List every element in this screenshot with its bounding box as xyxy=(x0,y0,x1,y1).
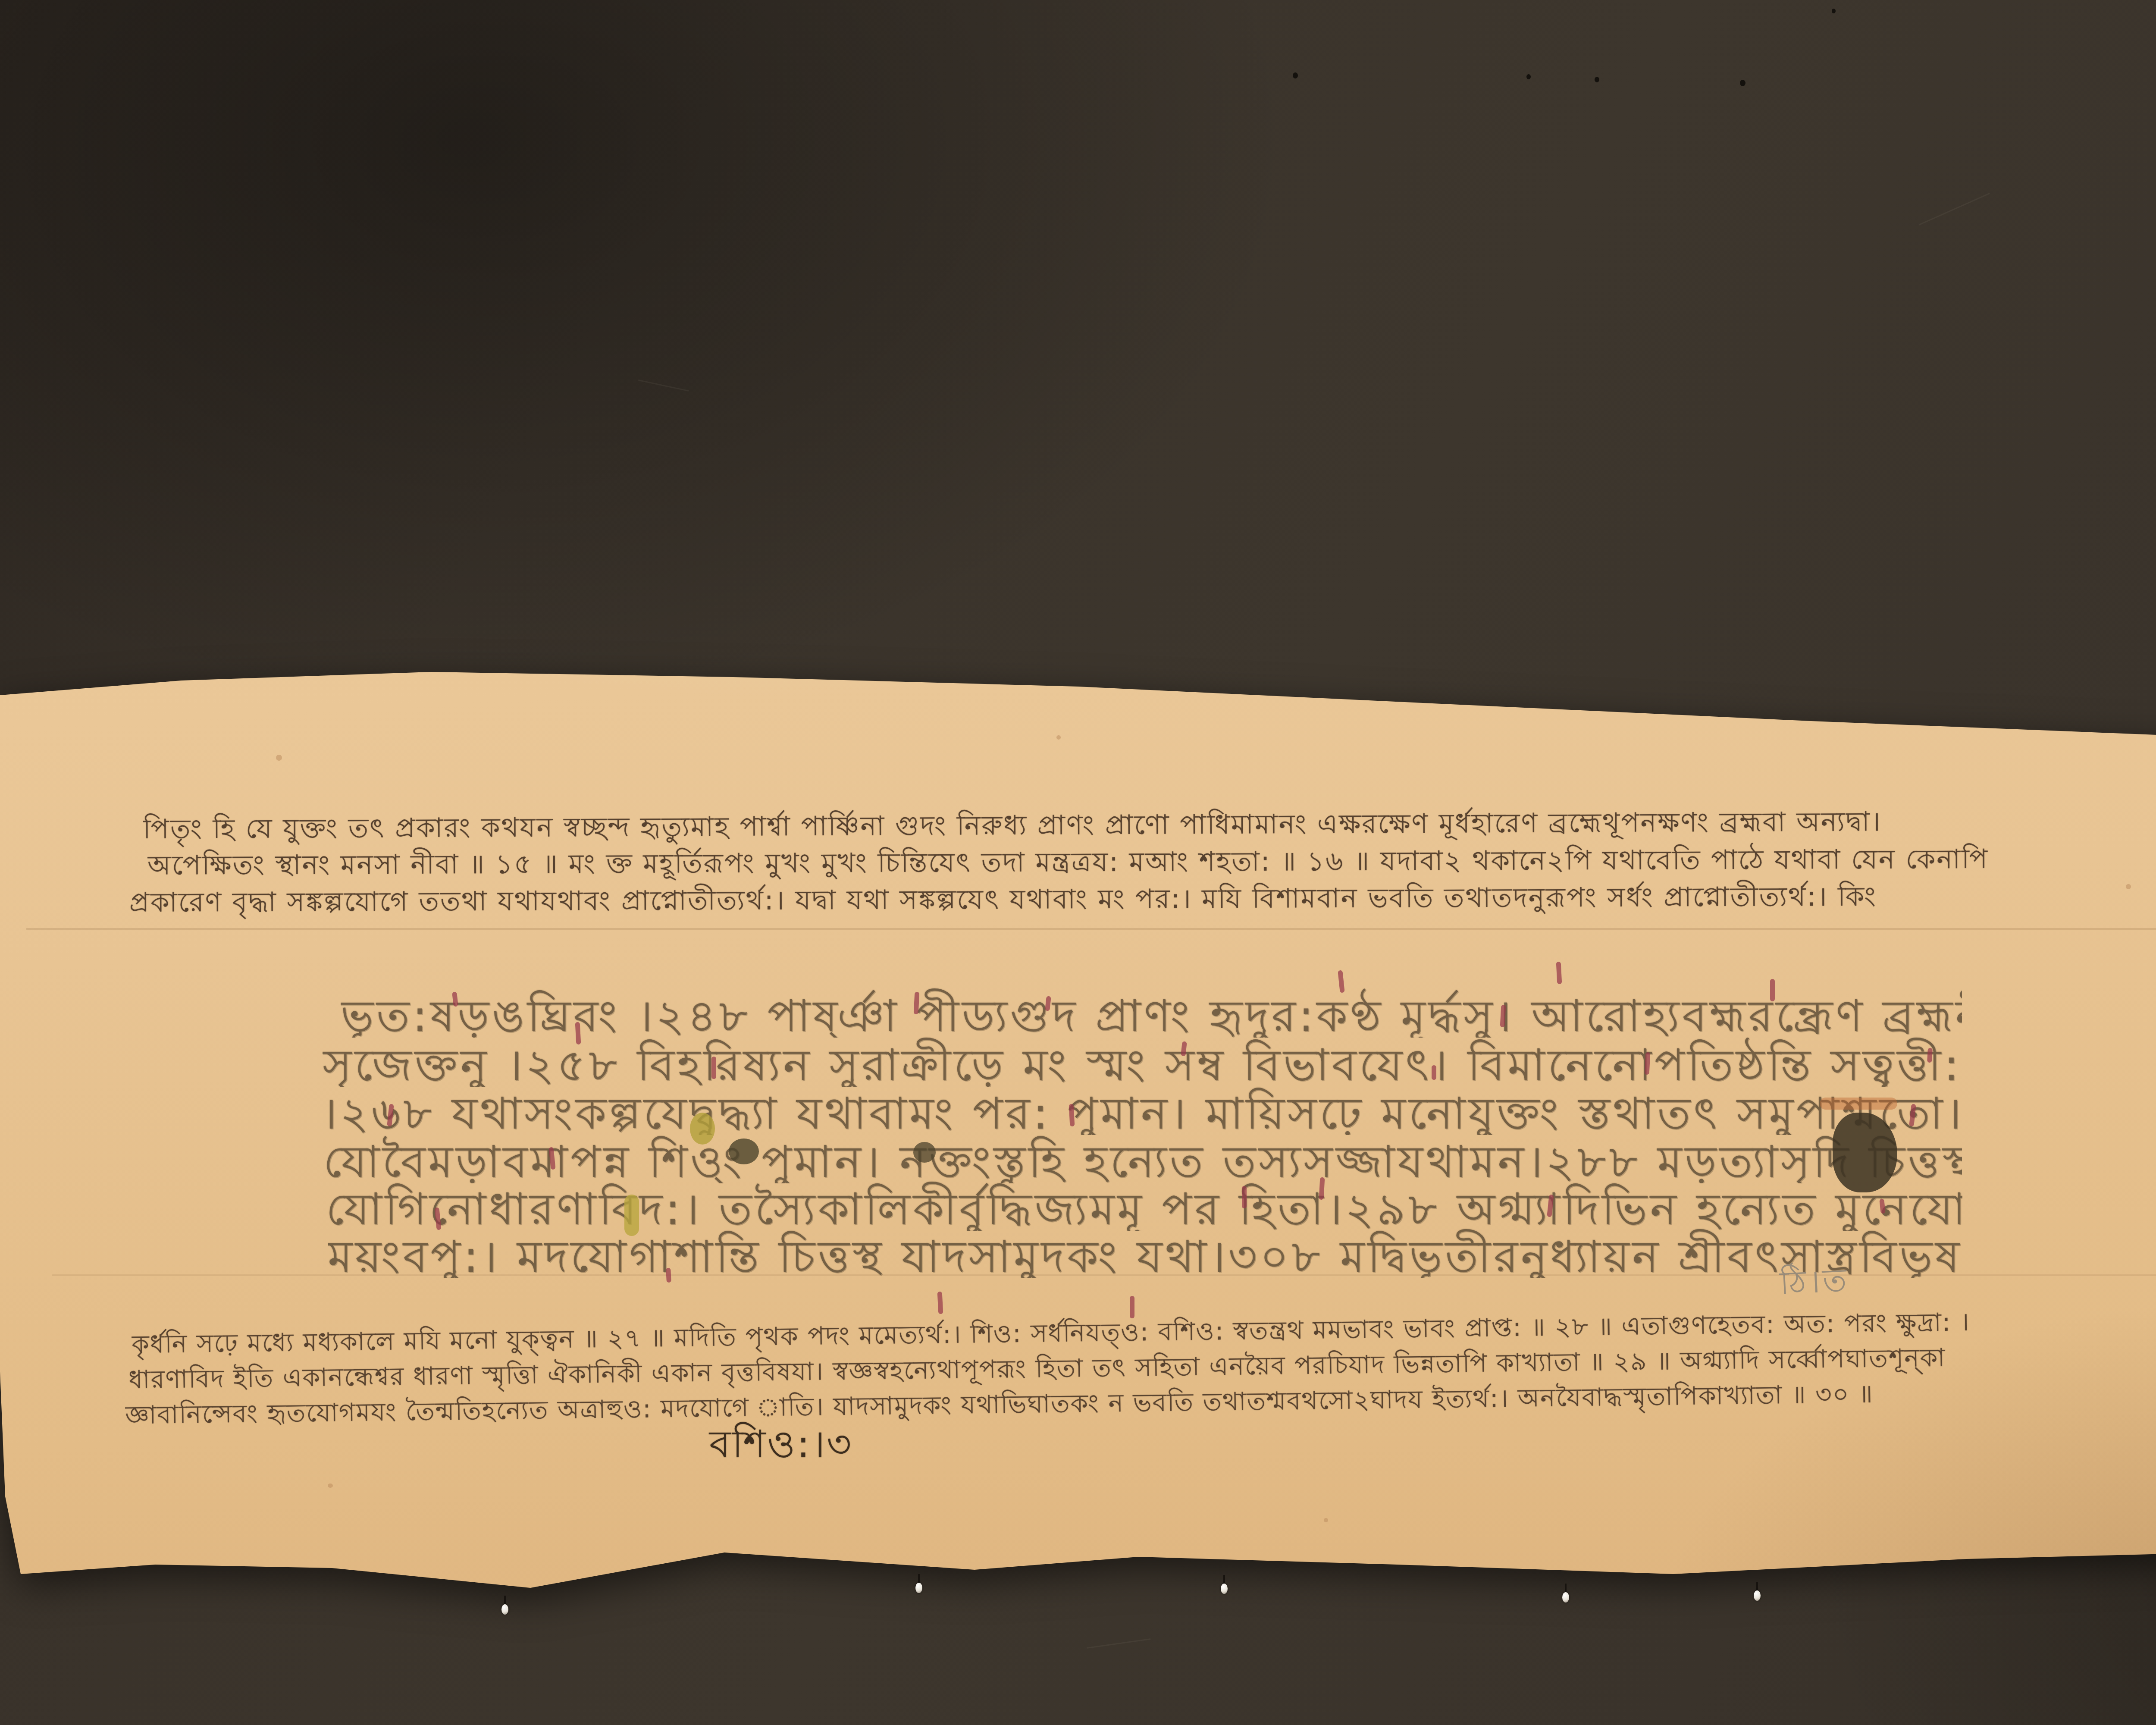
pin-speck xyxy=(501,1596,509,1615)
red-ink-mark xyxy=(1432,1065,1436,1080)
foxing-spot xyxy=(1324,1518,1328,1522)
red-ink-mark xyxy=(1556,962,1562,985)
pin-head xyxy=(1754,1590,1761,1601)
text-line: প্রকারেণ বৃদ্ধা সঙ্কল্পযোগে ততথা যথাযথাব… xyxy=(129,875,2070,922)
pin-speck xyxy=(915,1574,923,1594)
yellow-pigment-blob xyxy=(624,1195,639,1236)
pin-head xyxy=(1221,1584,1228,1594)
text-line: যোবৈমড়াবমাপন্ন শিও্ং পুমান। নক্তংস্তুহি… xyxy=(323,1128,1962,1183)
text-line: সৃজেক্তনু ।২৫৮ বিহরিষ্যন সুরাক্রীড়ে মং … xyxy=(323,1032,1961,1087)
yellow-pigment-blob xyxy=(690,1113,715,1145)
pin-head xyxy=(501,1604,508,1615)
orange-smudge xyxy=(1820,1098,1897,1110)
dark-ink-blot xyxy=(729,1138,759,1164)
text-line: ভূত:ষড়ঙঘ্রিবং ।২৪৮ পার্ষ্ঞা পীড্যগুদ প্… xyxy=(341,982,1962,1038)
red-ink-mark xyxy=(1770,979,1775,1001)
foxing-spot xyxy=(2126,884,2131,889)
text-line: ।২৬৮ যথাসংকল্পযেদ্বুদ্ধ্যা যথাবামং পর: প… xyxy=(321,1080,1962,1135)
pin-speck xyxy=(1753,1582,1761,1602)
text-line: যোগিনোধারণাবিদ:। তস্যৈকালিকীর্বুদ্ধিজ্যম… xyxy=(326,1176,1962,1231)
text-line: ময়ংবপু:। মদযোগাশান্তি চিত্তস্থ যাদসামুদ… xyxy=(328,1223,1962,1278)
red-ink-mark xyxy=(937,1292,943,1314)
dark-ink-blot xyxy=(913,1142,936,1163)
pin-head xyxy=(915,1583,922,1593)
pencil-annotation: ঠি।ত xyxy=(1779,1256,1851,1312)
pin-speck xyxy=(1220,1575,1228,1595)
pin-speck xyxy=(1562,1584,1570,1603)
foxing-spot xyxy=(328,1483,333,1488)
manuscript-leaf-wrap: পিতৃং হি যে যুক্তং তৎ প্রকারং কথযন স্বচ্… xyxy=(0,0,2156,1725)
pin-head xyxy=(1562,1592,1569,1603)
horizontal-crease xyxy=(26,928,2156,930)
foxing-spot xyxy=(276,755,282,761)
red-ink-mark xyxy=(711,1057,716,1079)
foxing-spot xyxy=(1056,735,1061,740)
red-ink-mark xyxy=(1130,1296,1134,1318)
photograph-backdrop: পিতৃং হি যে যুক্তং তৎ প্রকারং কথযন স্বচ্… xyxy=(0,0,2156,1725)
colophon-word: বশিও:।৩ xyxy=(709,1415,853,1479)
red-ink-mark xyxy=(1242,1186,1247,1208)
red-ink-mark xyxy=(1927,1048,1933,1063)
red-ink-mark xyxy=(666,1268,671,1283)
manuscript-leaf: পিতৃং হি যে যুক্তং তৎ প্রকারং কথযন স্বচ্… xyxy=(0,0,2156,1725)
